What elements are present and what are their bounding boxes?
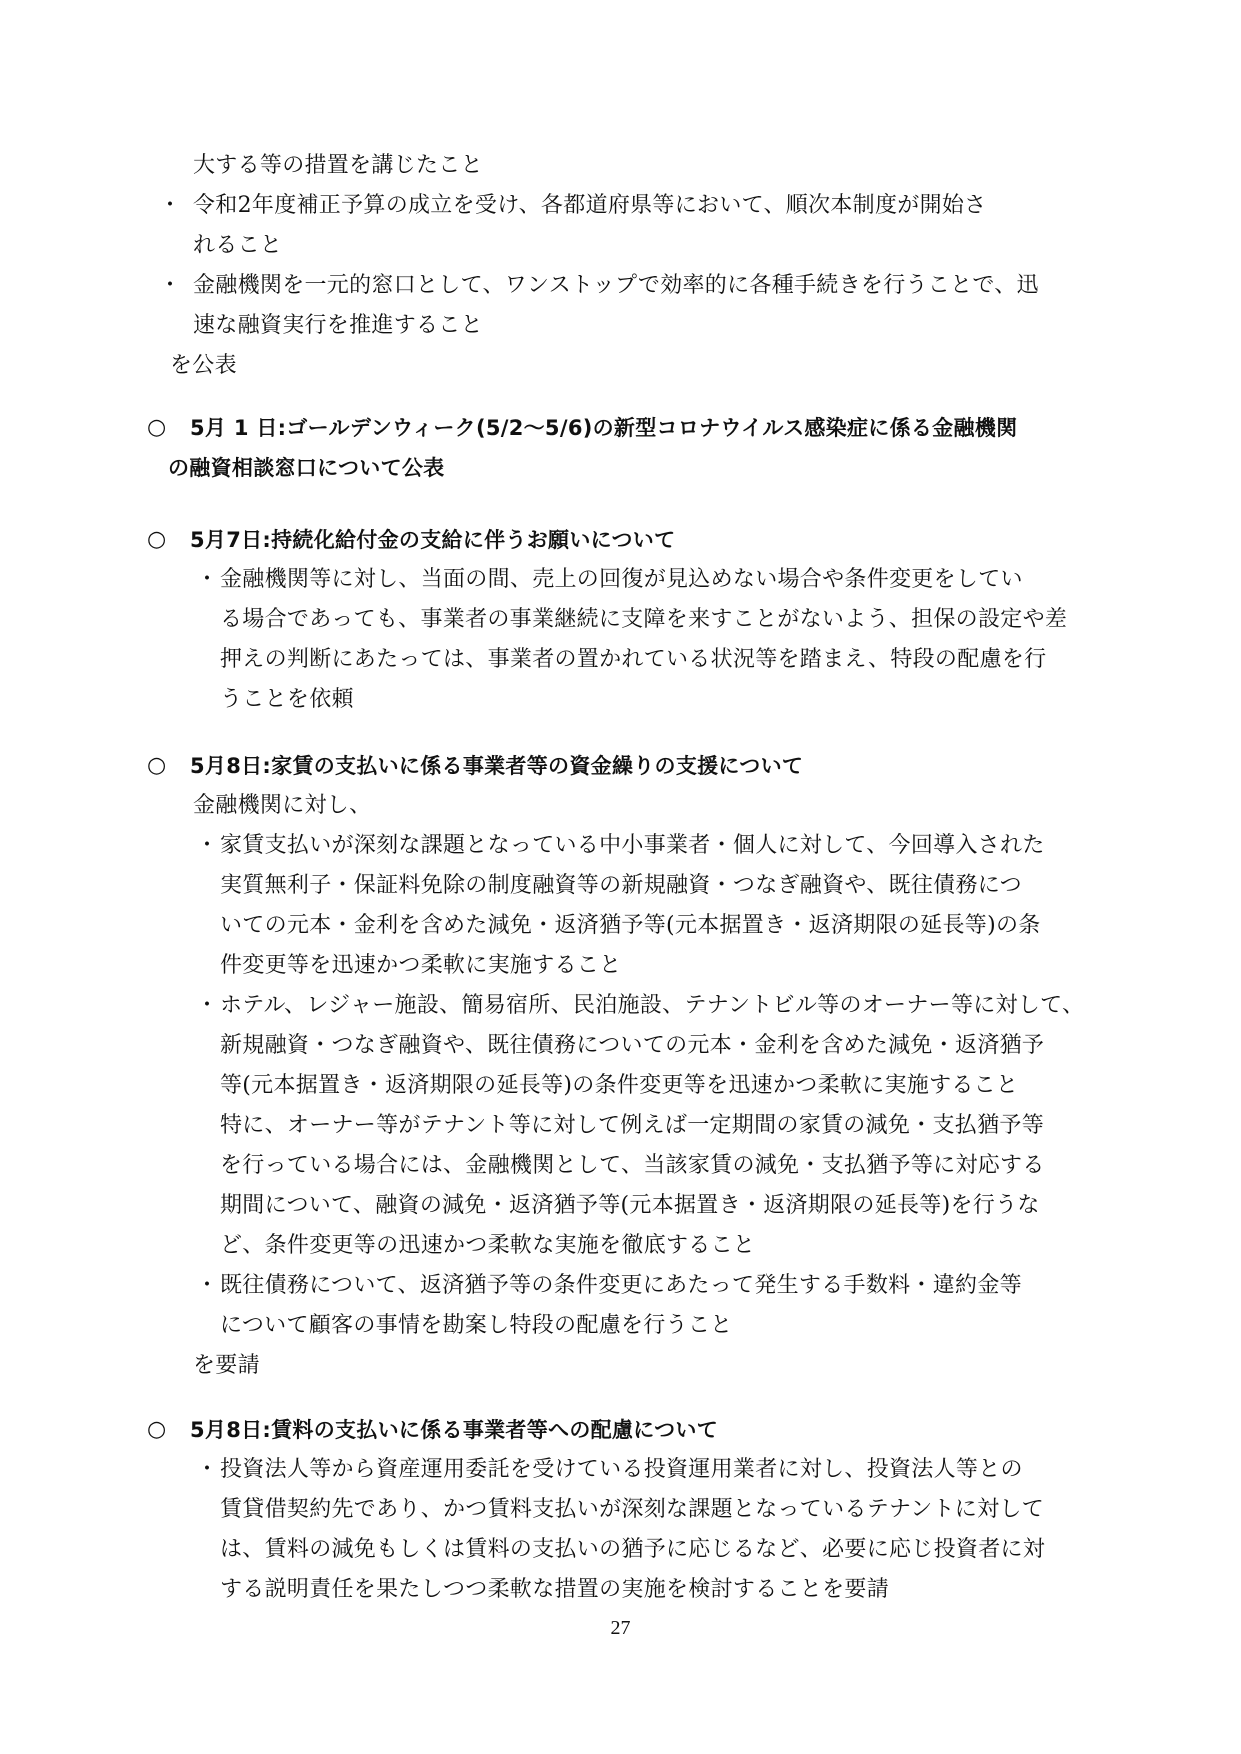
bullet-text: いての元本・金利を含めた減免・返済猶予等(元本据置き・返済期限の延長等)の条 (220, 906, 1041, 946)
bullet-text: を行っている場合には、金融機関として、当該家賃の減免・支払猶予等に対応する (220, 1146, 1045, 1186)
intro-text: 金融機関に対し、 (193, 786, 371, 826)
bullet-text: うことを依頼 (220, 680, 354, 720)
bullet-text: 件変更等を迅速かつ柔軟に実施すること (220, 946, 621, 986)
bullet-icon: ・ (196, 1266, 218, 1306)
closing-text: を公表 (170, 346, 237, 386)
bullet-text: ホテル、レジャー施設、簡易宿所、民泊施設、テナントビル等のオーナー等に対して、 (220, 986, 1084, 1026)
bullet-icon: ・ (159, 186, 181, 226)
section-heading: 5月7日:持続化給付金の支給に伴うお願いについて (190, 520, 675, 560)
bullet-icon: ・ (196, 1450, 218, 1490)
bullet-text: 令和2年度補正予算の成立を受け、各都道府県等において、順次本制度が開始さ (193, 186, 986, 226)
bullet-text: 金融機関等に対し、当面の間、売上の回復が見込めない場合や条件変更をしてい (220, 560, 1023, 600)
page-number: 27 (0, 1612, 1241, 1644)
circle-marker-icon: ○ (147, 520, 166, 560)
circle-marker-icon: ○ (147, 746, 166, 786)
bullet-text: する説明責任を果たしつつ柔軟な措置の実施を検討することを要請 (220, 1570, 889, 1610)
bullet-text: 金融機関を一元的窓口として、ワンストップで効率的に各種手続きを行うことで、迅 (193, 266, 1039, 306)
bullet-text: 既往債務について、返済猶予等の条件変更にあたって発生する手数料・違約金等 (220, 1266, 1022, 1306)
section-heading: 5月 1 日:ゴールデンウィーク(5/2〜5/6)の新型コロナウイルス感染症に係… (190, 408, 1017, 448)
bullet-text: 期間について、融資の減免・返済猶予等(元本据置き・返済期限の延長等)を行うな (220, 1186, 1040, 1226)
bullet-icon: ・ (159, 266, 181, 306)
bullet-icon: ・ (196, 560, 218, 600)
bullet-text: は、賃料の減免もしくは賃料の支払いの猶予に応じるなど、必要に応じ投資者に対 (220, 1530, 1045, 1570)
bullet-icon: ・ (196, 986, 218, 1026)
bullet-text: 新規融資・つなぎ融資や、既往債務についての元本・金利を含めた減免・返済猶予 (220, 1026, 1044, 1066)
document-page: 大する等の措置を講じたこと ・ 令和2年度補正予算の成立を受け、各都道府県等にお… (0, 0, 1241, 1754)
circle-marker-icon: ○ (147, 1410, 166, 1450)
bullet-text: 家賃支払いが深刻な課題となっている中小事業者・個人に対して、今回導入された (220, 826, 1045, 866)
section-heading: 5月8日:家賃の支払いに係る事業者等の資金繰りの支援について (190, 746, 803, 786)
bullet-text: ど、条件変更等の迅速かつ柔軟な実施を徹底すること (220, 1226, 755, 1266)
bullet-text: 速な融資実行を推進すること (193, 306, 483, 346)
bullet-text: 等(元本据置き・返済期限の延長等)の条件変更等を迅速かつ柔軟に実施すること (220, 1066, 1018, 1106)
bullet-icon: ・ (196, 826, 218, 866)
bullet-text: 押えの判断にあたっては、事業者の置かれている状況等を踏まえ、特段の配慮を行 (220, 640, 1046, 680)
bullet-text: 特に、オーナー等がテナント等に対して例えば一定期間の家賃の減免・支払猶予等 (220, 1106, 1044, 1146)
closing-text: を要請 (193, 1346, 260, 1386)
bullet-text: 賃貸借契約先であり、かつ賃料支払いが深刻な課題となっているテナントに対して (220, 1490, 1044, 1530)
continuation-line: 大する等の措置を講じたこと (193, 146, 483, 186)
circle-marker-icon: ○ (147, 408, 166, 448)
bullet-text: 投資法人等から資産運用委託を受けている投資運用業者に対し、投資法人等との (220, 1450, 1023, 1490)
bullet-text: る場合であっても、事業者の事業継続に支障を来すことがないよう、担保の設定や差 (220, 600, 1067, 640)
section-heading: の融資相談窓口について公表 (168, 448, 444, 488)
section-heading: 5月8日:賃料の支払いに係る事業者等への配慮について (190, 1410, 718, 1450)
bullet-text: れること (193, 226, 282, 266)
bullet-text: 実質無利子・保証料免除の制度融資等の新規融資・つなぎ融資や、既往債務につ (220, 866, 1022, 906)
bullet-text: について顧客の事情を勘案し特段の配慮を行うこと (220, 1306, 732, 1346)
